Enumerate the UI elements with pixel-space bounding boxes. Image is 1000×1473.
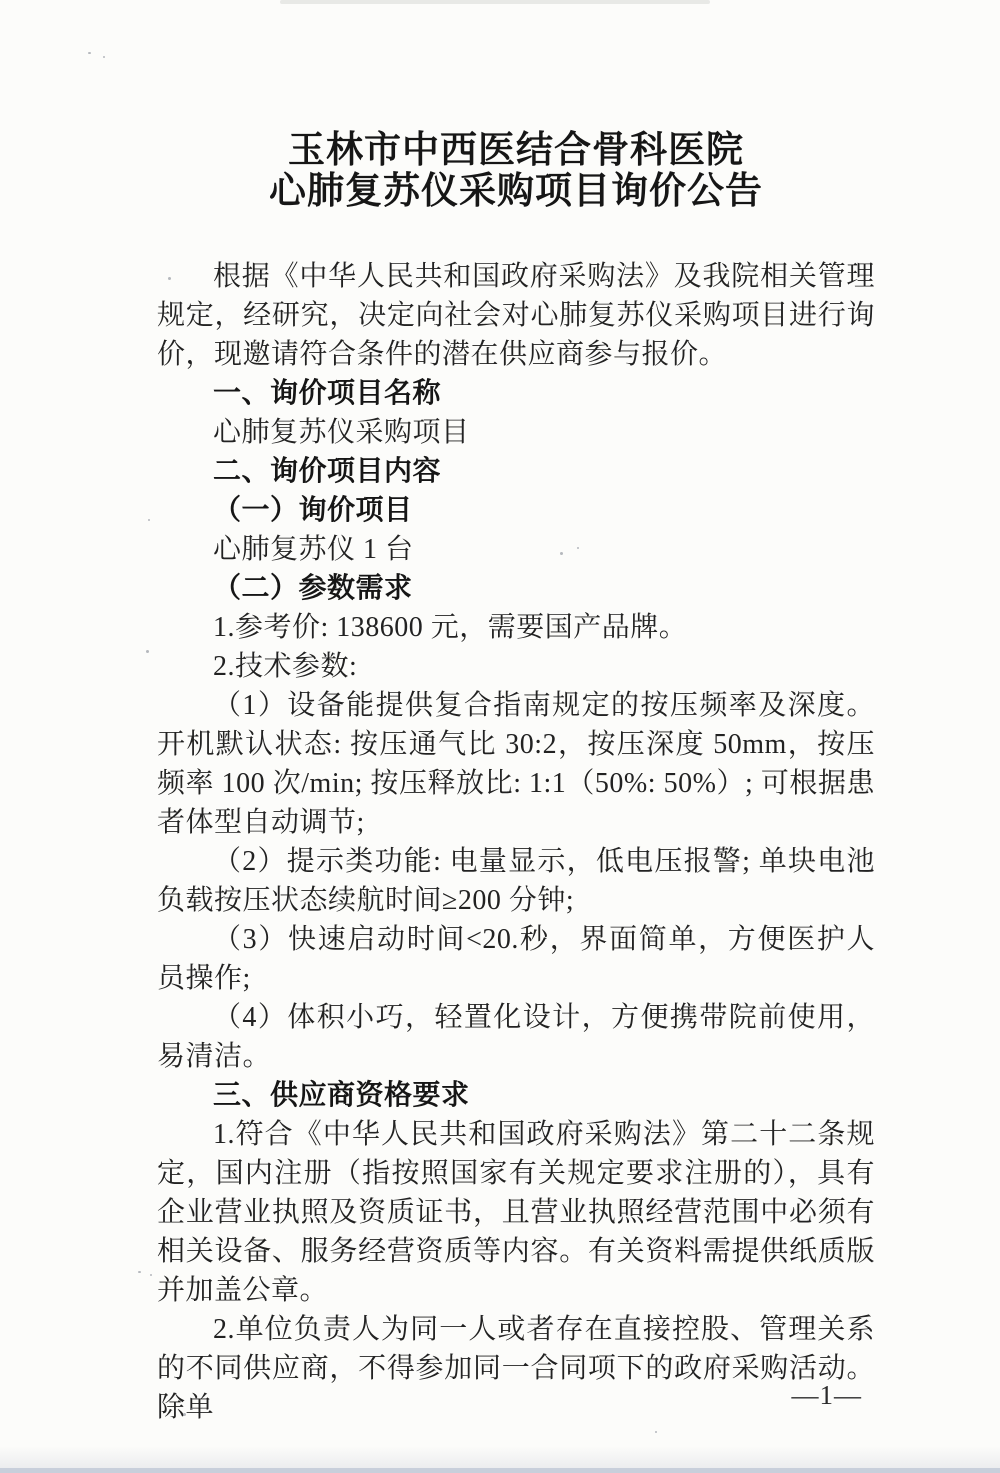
scan-speck <box>88 52 91 54</box>
scan-speck <box>148 519 150 521</box>
paragraph-tech-param-1: （1）设备能提供复合指南规定的按压频率及深度。开机默认状态: 按压通气比 30:… <box>157 686 875 842</box>
page-number: —1— <box>792 1380 863 1411</box>
paragraph-project-name: 心肺复苏仪采购项目 <box>157 413 875 452</box>
document-title: 玉林市中西医结合骨科医院 心肺复苏仪采购项目询价公告 <box>157 130 875 212</box>
scan-smudge <box>280 0 710 4</box>
paragraph-qualification-2: 2.单位负责人为同一人或者存在直接控股、管理关系的不同供应商，不得参加同一合同项… <box>157 1310 875 1427</box>
scanned-document-page: 玉林市中西医结合骨科医院 心肺复苏仪采购项目询价公告 根据《中华人民共和国政府采… <box>0 0 1000 1473</box>
paragraph-item-quantity: 心肺复苏仪 1 台 <box>157 530 875 569</box>
title-line-2: 心肺复苏仪采购项目询价公告 <box>157 171 875 212</box>
scan-speck <box>333 653 335 655</box>
scan-speck <box>183 1413 186 1416</box>
scan-speck <box>138 1271 141 1273</box>
document-body: 根据《中华人民共和国政府采购法》及我院相关管理规定，经研究，决定向社会对心肺复苏… <box>157 257 875 1427</box>
paragraph-intro: 根据《中华人民共和国政府采购法》及我院相关管理规定，经研究，决定向社会对心肺复苏… <box>157 257 875 374</box>
paragraph-tech-params-label: 2.技术参数: <box>157 647 875 686</box>
paragraph-tech-param-2: （2）提示类功能: 电量显示，低电压报警; 单块电池负载按压状态续航时间≥200… <box>157 842 875 920</box>
paragraph-tech-param-4: （4）体积小巧，轻置化设计，方便携带院前使用，易清洁。 <box>157 998 875 1076</box>
heading-subsection-2-1: （一）询价项目 <box>157 491 875 530</box>
paragraph-reference-price: 1.参考价: 138600 元，需要国产品牌。 <box>157 608 875 647</box>
scan-speck <box>146 650 149 653</box>
scan-edge-line <box>0 1468 1000 1473</box>
title-line-1: 玉林市中西医结合骨科医院 <box>157 130 875 171</box>
scan-speck <box>168 277 171 280</box>
heading-subsection-2-2: （二）参数需求 <box>157 569 875 608</box>
paragraph-tech-param-3: （3）快速启动时间<20.秒，界面简单，方便医护人员操作; <box>157 920 875 998</box>
scan-bottom-shading <box>0 1446 1000 1468</box>
scan-speck <box>150 1274 152 1276</box>
scan-speck <box>103 56 105 58</box>
heading-section-1: 一、询价项目名称 <box>157 374 875 413</box>
scan-speck <box>560 552 563 555</box>
heading-section-3: 三、供应商资格要求 <box>157 1076 875 1115</box>
scan-speck <box>577 547 579 549</box>
heading-section-2: 二、询价项目内容 <box>157 452 875 491</box>
scan-speck <box>191 1408 193 1410</box>
scan-speck <box>655 1431 657 1433</box>
paragraph-qualification-1: 1.符合《中华人民共和国政府采购法》第二十二条规定，国内注册（指按照国家有关规定… <box>157 1115 875 1310</box>
